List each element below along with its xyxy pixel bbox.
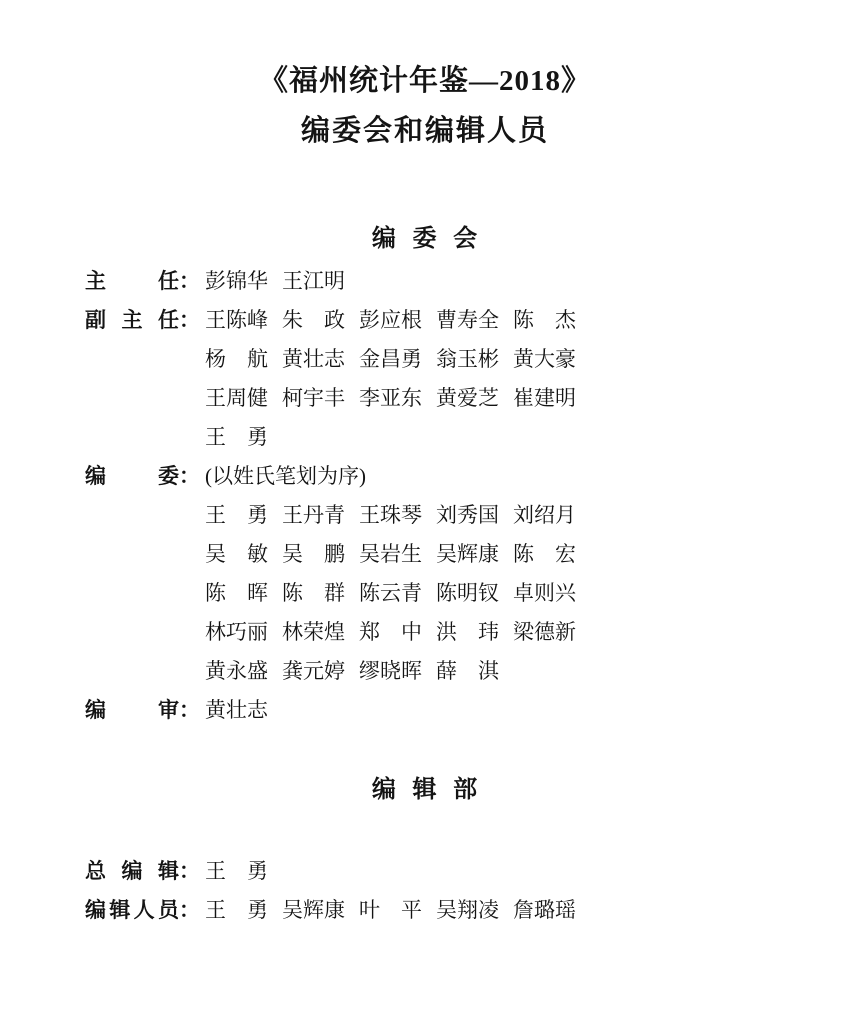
person-name: 薛 淇 bbox=[436, 652, 499, 691]
person-name: 刘绍月 bbox=[513, 496, 576, 535]
person-name: 柯宇丰 bbox=[282, 379, 345, 418]
name-list: 王 勇 王丹青 王珠琴 刘秀国 刘绍月 bbox=[205, 496, 576, 535]
person-name: 陈 群 bbox=[282, 574, 345, 613]
row-colon: ： bbox=[179, 301, 205, 340]
person-name: 吴辉康 bbox=[282, 891, 345, 930]
person-name: 叶 平 bbox=[359, 891, 422, 930]
person-name: 王丹青 bbox=[282, 496, 345, 535]
person-name: 王陈峰 bbox=[205, 301, 268, 340]
person-name: 王 勇 bbox=[205, 496, 268, 535]
person-name: 王 勇 bbox=[205, 418, 268, 457]
person-name: 吴 敏 bbox=[205, 535, 268, 574]
person-name: 林巧丽 bbox=[205, 613, 268, 652]
person-name: 王 勇 bbox=[205, 891, 268, 930]
person-name: 王珠琴 bbox=[359, 496, 422, 535]
committee-row-director: 主任 ： 彭锦华 王江明 bbox=[85, 262, 850, 301]
person-name: 缪晓晖 bbox=[359, 652, 422, 691]
page-title: 《福州统计年鉴—2018》 bbox=[0, 56, 850, 106]
name-list: 黄壮志 bbox=[205, 691, 268, 730]
name-list: 彭锦华 王江明 bbox=[205, 262, 345, 301]
person-name: 陈 杰 bbox=[513, 301, 576, 340]
editorial-rows: 总编辑 ： 王 勇 编辑人员 ： 王 勇 吴辉康 叶 平 吴翔凌 詹璐瑶 bbox=[85, 852, 850, 930]
name-list: 吴 敏 吴 鹏 吴岩生 吴辉康 陈 宏 bbox=[205, 535, 576, 574]
row-colon: ： bbox=[179, 262, 205, 301]
person-name: 吴 鹏 bbox=[282, 535, 345, 574]
person-name: 陈明钗 bbox=[436, 574, 499, 613]
row-label: 编辑人员 bbox=[85, 891, 179, 930]
person-name: 吴辉康 bbox=[436, 535, 499, 574]
committee-row-members-label: 编委 ： (以姓氏笔划为序) bbox=[85, 457, 850, 496]
person-name: 黄大豪 bbox=[513, 340, 576, 379]
person-name: 刘秀国 bbox=[436, 496, 499, 535]
person-name: 吴翔凌 bbox=[436, 891, 499, 930]
page-subtitle: 编委会和编辑人员 bbox=[0, 106, 850, 156]
person-name: 翁玉彬 bbox=[436, 340, 499, 379]
person-name: 彭应根 bbox=[359, 301, 422, 340]
committee-row-members: 黄永盛 龚元婷 缪晓晖 薛 淇 bbox=[85, 652, 850, 691]
row-colon: ： bbox=[179, 891, 205, 930]
name-list: 黄永盛 龚元婷 缪晓晖 薛 淇 bbox=[205, 652, 499, 691]
name-list: 王 勇 bbox=[205, 418, 268, 457]
committee-row-members: 陈 晖 陈 群 陈云青 陈明钗 卓则兴 bbox=[85, 574, 850, 613]
person-name: 金昌勇 bbox=[359, 340, 422, 379]
person-name: 黄壮志 bbox=[205, 691, 268, 730]
title-block: 《福州统计年鉴—2018》 编委会和编辑人员 bbox=[0, 56, 850, 156]
committee-row-deputy-directors: 副主任 ： 王陈峰 朱 政 彭应根 曹寿全 陈 杰 bbox=[85, 301, 850, 340]
editorial-section-heading: 编 辑 部 bbox=[0, 775, 850, 805]
person-name: 崔建明 bbox=[513, 379, 576, 418]
person-name: 卓则兴 bbox=[513, 574, 576, 613]
person-name: 龚元婷 bbox=[282, 652, 345, 691]
person-name: 黄永盛 bbox=[205, 652, 268, 691]
row-label: 编委 bbox=[85, 457, 179, 496]
person-name: 王 勇 bbox=[205, 852, 268, 891]
name-list: 陈 晖 陈 群 陈云青 陈明钗 卓则兴 bbox=[205, 574, 576, 613]
row-colon: ： bbox=[179, 691, 205, 730]
row-label: 主任 bbox=[85, 262, 179, 301]
person-name: 梁德新 bbox=[513, 613, 576, 652]
person-name: 陈 宏 bbox=[513, 535, 576, 574]
person-name: 黄壮志 bbox=[282, 340, 345, 379]
committee-row-deputy-directors-cont: 王周健 柯宇丰 李亚东 黄爱芝 崔建明 bbox=[85, 379, 850, 418]
person-name: 杨 航 bbox=[205, 340, 268, 379]
person-name: 彭锦华 bbox=[205, 262, 268, 301]
committee-rows: 主任 ： 彭锦华 王江明 副主任 ： 王陈峰 朱 政 彭应根 曹寿全 陈 杰 杨… bbox=[85, 262, 850, 730]
row-label: 编审 bbox=[85, 691, 179, 730]
person-name: 曹寿全 bbox=[436, 301, 499, 340]
row-colon: ： bbox=[179, 457, 205, 496]
committee-row-members: 王 勇 王丹青 王珠琴 刘秀国 刘绍月 bbox=[85, 496, 850, 535]
row-label: 总编辑 bbox=[85, 852, 179, 891]
name-list: 王陈峰 朱 政 彭应根 曹寿全 陈 杰 bbox=[205, 301, 576, 340]
committee-row-deputy-directors-cont: 杨 航 黄壮志 金昌勇 翁玉彬 黄大豪 bbox=[85, 340, 850, 379]
editorial-row-staff: 编辑人员 ： 王 勇 吴辉康 叶 平 吴翔凌 詹璐瑶 bbox=[85, 891, 850, 930]
person-name: 陈云青 bbox=[359, 574, 422, 613]
person-name: 詹璐瑶 bbox=[513, 891, 576, 930]
committee-section-heading: 编 委 会 bbox=[0, 224, 850, 254]
row-label: 副主任 bbox=[85, 301, 179, 340]
person-name: 黄爱芝 bbox=[436, 379, 499, 418]
name-list: 王 勇 吴辉康 叶 平 吴翔凌 詹璐瑶 bbox=[205, 891, 576, 930]
person-name: 李亚东 bbox=[359, 379, 422, 418]
sort-order-note: (以姓氏笔划为序) bbox=[205, 457, 366, 496]
person-name: 林荣煌 bbox=[282, 613, 345, 652]
person-name: 朱 政 bbox=[282, 301, 345, 340]
person-name: 王江明 bbox=[282, 262, 345, 301]
editorial-row-chief-editor: 总编辑 ： 王 勇 bbox=[85, 852, 850, 891]
committee-row-reviewer: 编审 ： 黄壮志 bbox=[85, 691, 850, 730]
name-list: 王 勇 bbox=[205, 852, 268, 891]
row-colon: ： bbox=[179, 852, 205, 891]
name-list: 杨 航 黄壮志 金昌勇 翁玉彬 黄大豪 bbox=[205, 340, 576, 379]
committee-row-members: 吴 敏 吴 鹏 吴岩生 吴辉康 陈 宏 bbox=[85, 535, 850, 574]
person-name: 吴岩生 bbox=[359, 535, 422, 574]
yearbook-credits-page: 《福州统计年鉴—2018》 编委会和编辑人员 编 委 会 主任 ： 彭锦华 王江… bbox=[0, 0, 850, 1027]
person-name: 王周健 bbox=[205, 379, 268, 418]
person-name: 郑 中 bbox=[359, 613, 422, 652]
person-name: 陈 晖 bbox=[205, 574, 268, 613]
name-list: 林巧丽 林荣煌 郑 中 洪 玮 梁德新 bbox=[205, 613, 576, 652]
person-name: 洪 玮 bbox=[436, 613, 499, 652]
committee-row-deputy-directors-cont: 王 勇 bbox=[85, 418, 850, 457]
committee-row-members: 林巧丽 林荣煌 郑 中 洪 玮 梁德新 bbox=[85, 613, 850, 652]
name-list: 王周健 柯宇丰 李亚东 黄爱芝 崔建明 bbox=[205, 379, 576, 418]
